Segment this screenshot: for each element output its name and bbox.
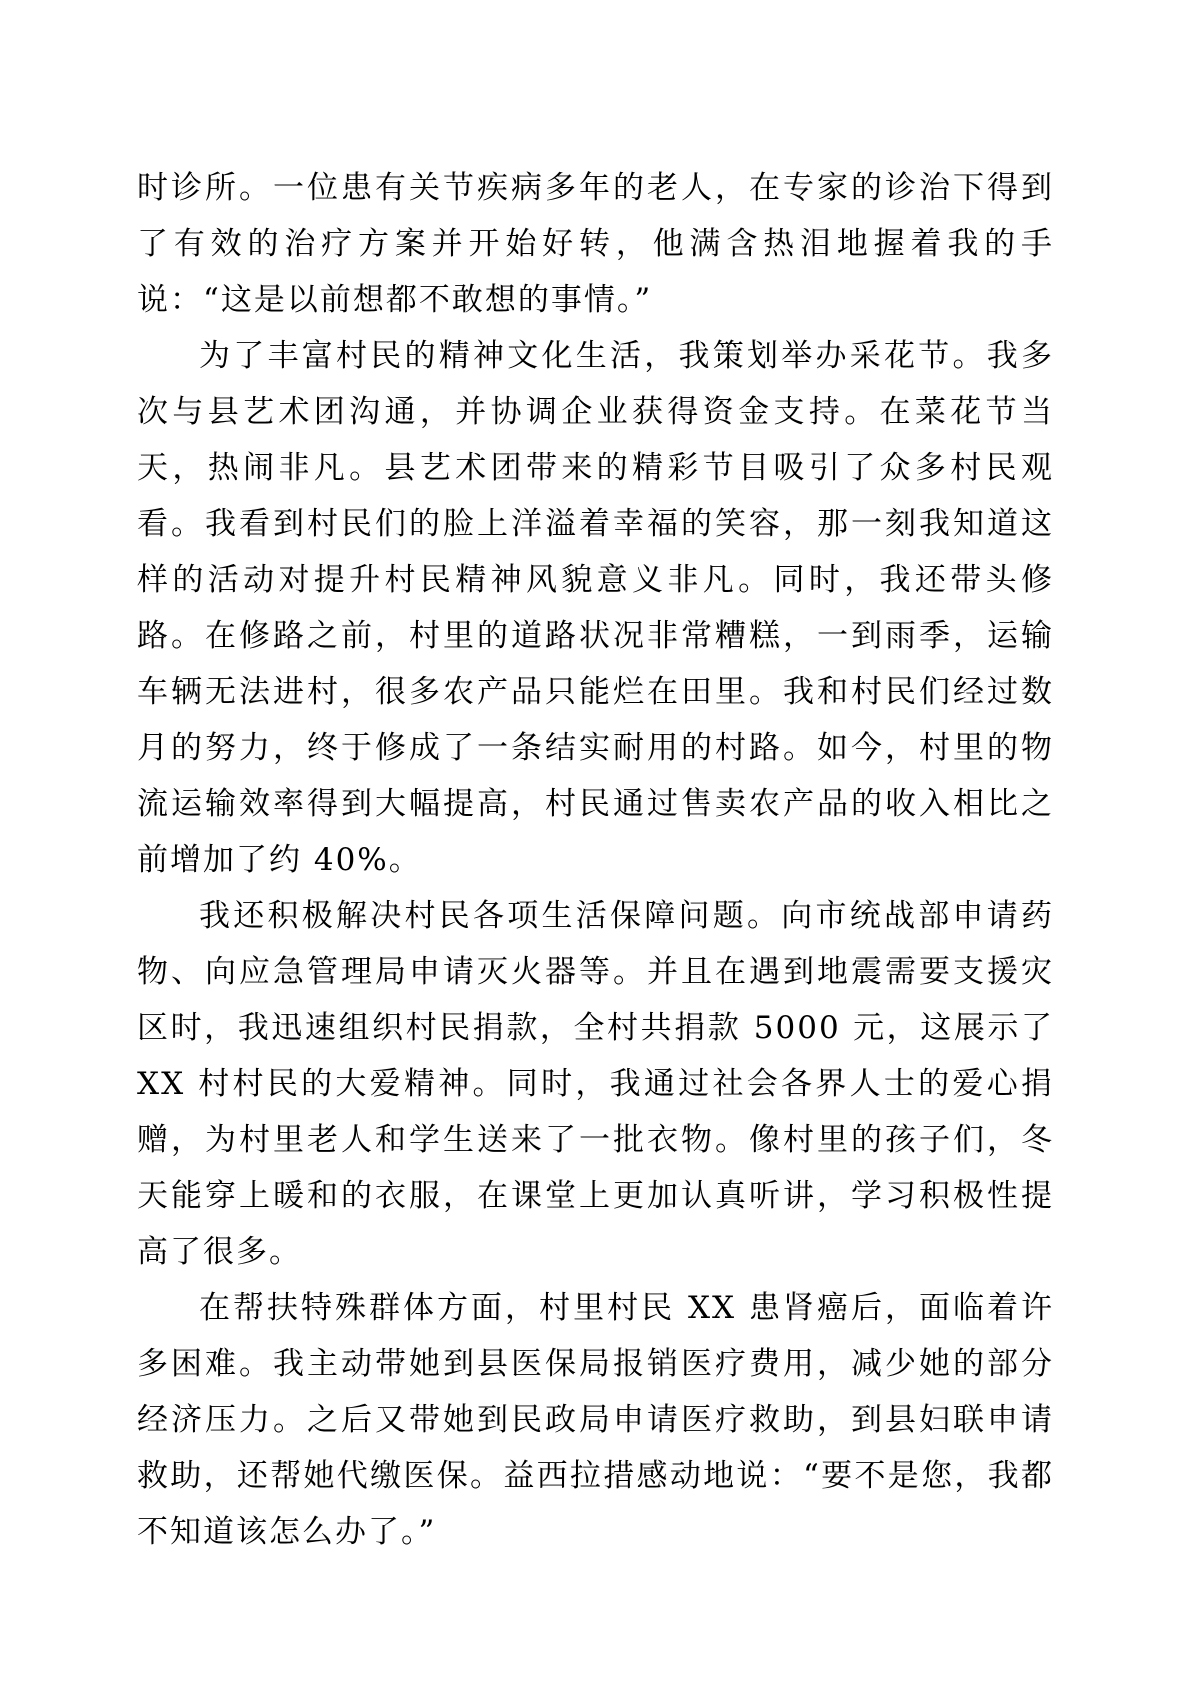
document-page: 时诊所。一位患有关节疾病多年的老人，在专家的诊治下得到了有效的治疗方案并开始好转… <box>137 160 1054 1560</box>
paragraph-flower-festival-road: 为了丰富村民的精神文化生活，我策划举办采花节。我多次与县艺术团沟通，并协调企业获… <box>137 328 1054 888</box>
paragraph-livelihood-donations: 我还积极解决村民各项生活保障问题。向市统战部申请药物、向应急管理局申请灭火器等。… <box>137 888 1054 1280</box>
paragraph-continuation: 时诊所。一位患有关节疾病多年的老人，在专家的诊治下得到了有效的治疗方案并开始好转… <box>137 160 1054 328</box>
paragraph-special-groups-help: 在帮扶特殊群体方面，村里村民 XX 患肾癌后，面临着许多困难。我主动带她到县医保… <box>137 1280 1054 1560</box>
